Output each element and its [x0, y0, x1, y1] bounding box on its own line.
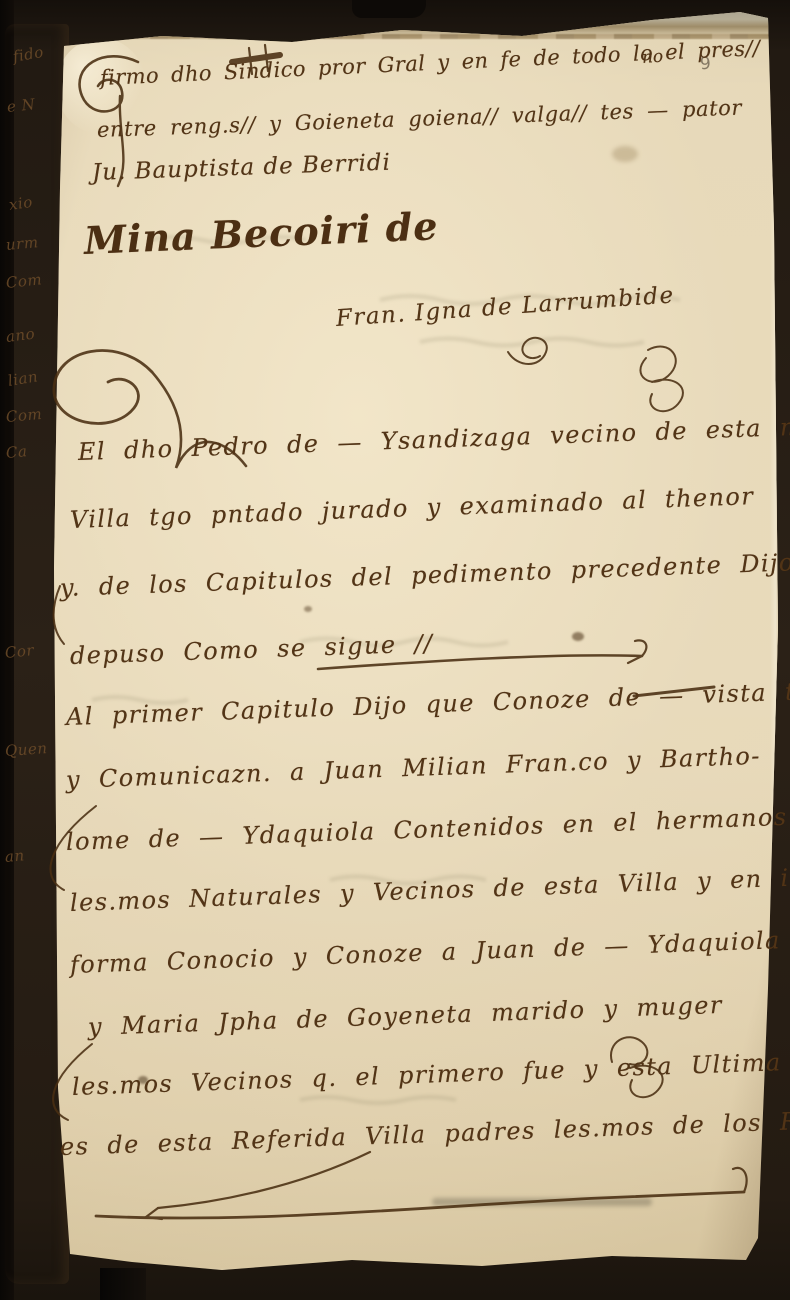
- gutter-fragment: an: [4, 846, 25, 866]
- foxing-spot: [612, 146, 638, 162]
- page-top-deckle-line: [52, 34, 780, 39]
- gutter-fragment: Com: [5, 270, 43, 292]
- page-right-deckle: [770, 8, 780, 1284]
- gutter-fragment: Ca: [5, 442, 28, 462]
- gutter-fragment: xio: [8, 193, 34, 214]
- gutter-fragment: lian: [7, 367, 40, 390]
- gutter-fragment: Quen: [4, 739, 48, 760]
- graphite-smear: [432, 1198, 652, 1206]
- page-bottom-deckle: [52, 1268, 780, 1284]
- gutter-fragment: e N: [6, 95, 36, 116]
- gutter-fragment: fido: [11, 43, 45, 66]
- gutter-fragment: urm: [5, 233, 39, 254]
- ink-stain: [304, 606, 312, 612]
- gutter-fragment: Cor: [4, 641, 35, 662]
- stand-post: [100, 1268, 146, 1300]
- archive-photo: fido e N xio urm Com ano lian Com Ca Cor…: [0, 0, 790, 1300]
- gutter-fragment: ano: [5, 325, 36, 346]
- ink-stain: [572, 632, 584, 641]
- closing-line-1-tail: no: [641, 47, 664, 68]
- gutter-fragment: Com: [5, 405, 43, 426]
- background-notch: [352, 0, 426, 18]
